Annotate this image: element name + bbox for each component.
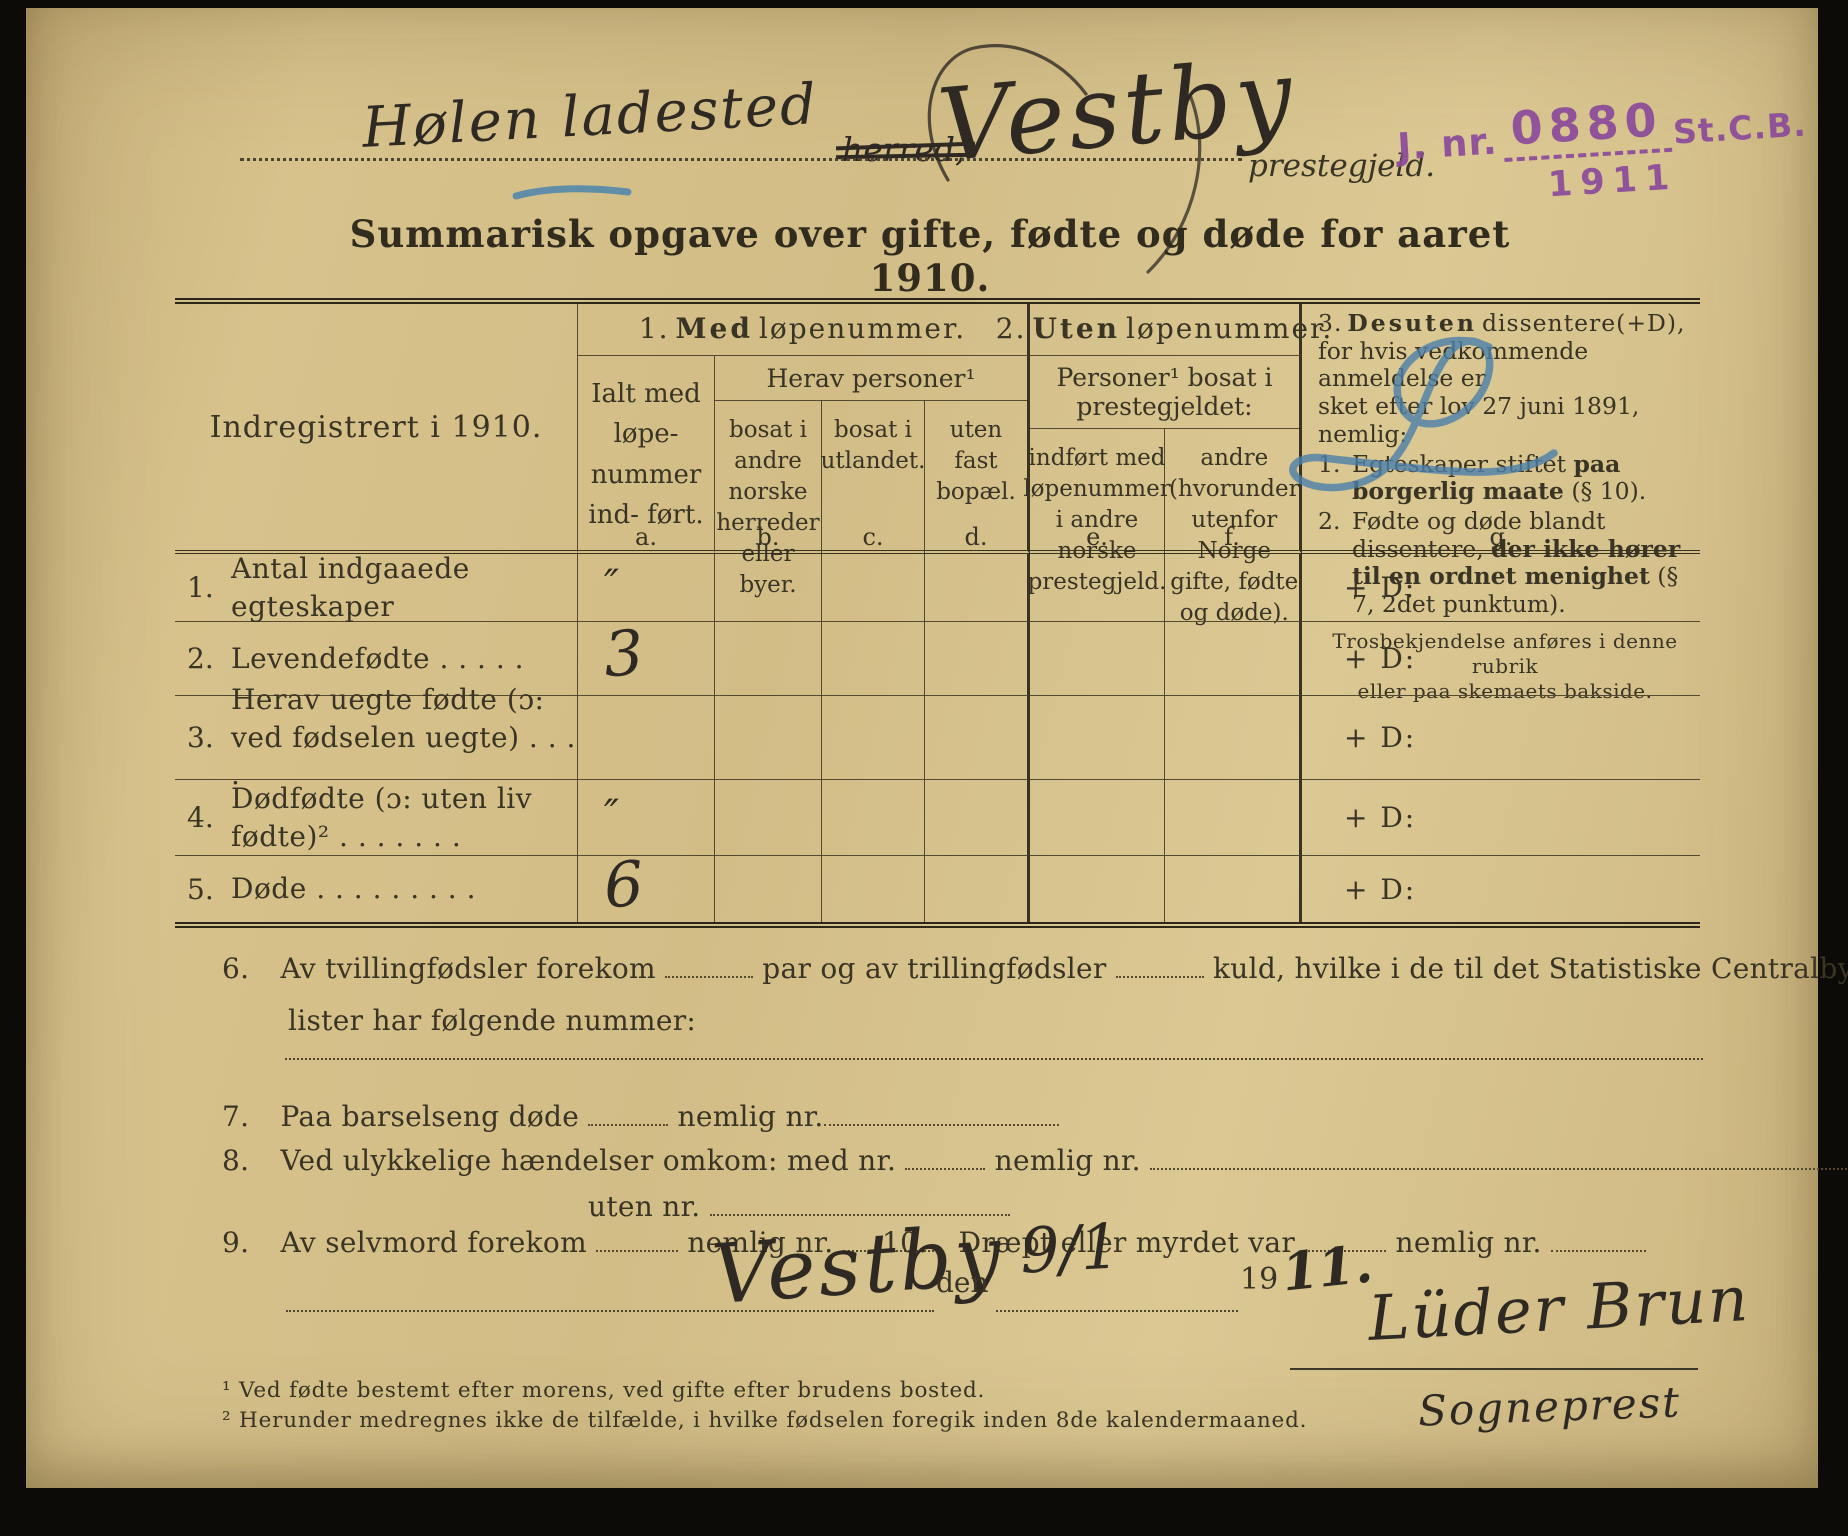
herav-group: Herav personer¹ bosat i andre norske her… <box>715 356 1030 524</box>
blank-field <box>665 948 753 978</box>
section2-num: 2. <box>996 312 1027 345</box>
cell-a-row4: ″ <box>578 780 715 856</box>
footnote-2: ² Herunder medregnes ikke de tilfælde, i… <box>222 1408 1307 1433</box>
plus-d-cell: + D: <box>1302 780 1700 856</box>
section3-item1: 1. Egteskaper stiftet paa borgerlig maat… <box>1318 451 1692 506</box>
herav-header: Herav personer¹ <box>715 356 1027 401</box>
handwritten-ditto: ″ <box>604 792 619 838</box>
section1-rest: løpenummer. <box>759 312 966 345</box>
section1-header: 1.Medløpenummer. <box>578 304 1030 356</box>
footnote-1: ¹ Ved fødte bestemt efter morens, ved gi… <box>222 1378 985 1403</box>
blank-field <box>1116 948 1204 978</box>
col-letter-b: b. <box>715 524 822 554</box>
table-corner-label: Indregistrert i 1910. <box>175 304 578 554</box>
cell-a-row2: 3 <box>578 622 715 696</box>
col-letter-e: e. <box>1030 524 1165 554</box>
blank-field <box>1150 1140 1848 1170</box>
handwritten-value: 3 <box>602 616 646 692</box>
handwritten-value: 6 <box>602 846 646 922</box>
signature-role: Sogneprest <box>1417 1377 1682 1435</box>
col-letter-f: f. <box>1165 524 1302 554</box>
section3-rest: dissentere(+D), <box>1482 309 1686 337</box>
table-row-label: 1.Antal indgaaede egteskaper <box>175 554 578 622</box>
col-letter-c: c. <box>822 524 925 554</box>
section-8: 8. Ved ulykkelige hændelser omkom: med n… <box>222 1140 1848 1177</box>
den-label: den <box>936 1266 989 1299</box>
stamp-number: 0880 <box>1509 92 1664 155</box>
cell-a-row5: 6 <box>578 856 715 922</box>
plus-d-cell: + D: <box>1302 696 1700 780</box>
personer-group: Personer¹ bosat i prestegjeldet: indført… <box>1030 356 1302 524</box>
blank-field <box>596 1222 678 1252</box>
section-6-answer-line <box>285 1058 1703 1060</box>
table-row-label: 3.Herav uegte fødte (ɔ: ved fødselen ueg… <box>175 696 578 780</box>
section2-header: 2.Utenløpenummer. <box>1030 304 1302 356</box>
section1-num: 1. <box>639 312 670 345</box>
scanned-form-page: Hølen ladested herred, Vestby prestegjel… <box>0 0 1848 1536</box>
col-letter-a: a. <box>578 524 715 554</box>
dateline-dotted-right <box>996 1310 1238 1312</box>
blank-field <box>1551 1222 1646 1252</box>
section3-line2: for hvis vedkommende anmeldelse er <box>1318 338 1692 393</box>
col-letter-d: d. <box>925 524 1030 554</box>
section-7: 7. Paa barselseng døde nemlig nr. <box>222 1096 1059 1133</box>
cell-a-row3 <box>578 696 715 780</box>
handwritten-ditto: ″ <box>604 562 619 608</box>
header-dotted-line <box>240 158 1242 161</box>
plus-d-cell: + D: <box>1302 622 1700 696</box>
blank-field <box>824 1096 1059 1126</box>
section1-bold: Med <box>676 312 753 345</box>
signature-line <box>1290 1368 1698 1370</box>
section-6-line2: lister har følgende nummer: <box>288 1004 696 1037</box>
section-6: 6. Av tvillingfødsler forekom par og av … <box>222 948 1848 985</box>
plus-d-cell: + D: <box>1302 856 1700 922</box>
stamp-jnr-label: J. nr. <box>1396 119 1499 168</box>
stamp-office: St.C.B. <box>1672 105 1808 152</box>
section3-line3: sket efter lov 27 juni 1891, nemlig: <box>1318 393 1692 448</box>
dateline-dotted-left <box>286 1310 934 1312</box>
col-a-header: Ialt med løpe- nummer ind- ført. <box>578 356 715 524</box>
handwritten-year: 11. <box>1279 1233 1375 1303</box>
section3-bold: Desuten <box>1347 309 1477 337</box>
plus-d-cell: + D: <box>1302 554 1700 622</box>
cell-a-row1: ″ <box>578 554 715 622</box>
summary-table: Indregistrert i 1910. 1.Medløpenummer. 2… <box>175 298 1700 928</box>
col-letter-g: g. <box>1302 524 1700 554</box>
table-row-label: 5.Døde . . . . . . . . . <box>175 856 578 922</box>
form-title: Summarisk opgave over gifte, fødte og dø… <box>300 212 1560 300</box>
blank-field <box>905 1140 985 1170</box>
handwritten-date: 9/1 <box>1018 1209 1121 1287</box>
printed-year-prefix: 19 <box>1240 1262 1278 1297</box>
section3-header: 3.Desutendissentere(+D), for hvis vedkom… <box>1302 304 1700 524</box>
section2-bold: Uten <box>1032 312 1120 345</box>
section3-num: 3. <box>1318 309 1342 337</box>
blank-field <box>588 1096 668 1126</box>
personer-header: Personer¹ bosat i prestegjeldet: <box>1030 356 1299 429</box>
table-row-label: 4.Dødfødte (ɔ: uten liv fødte)² . . . . … <box>175 780 578 856</box>
